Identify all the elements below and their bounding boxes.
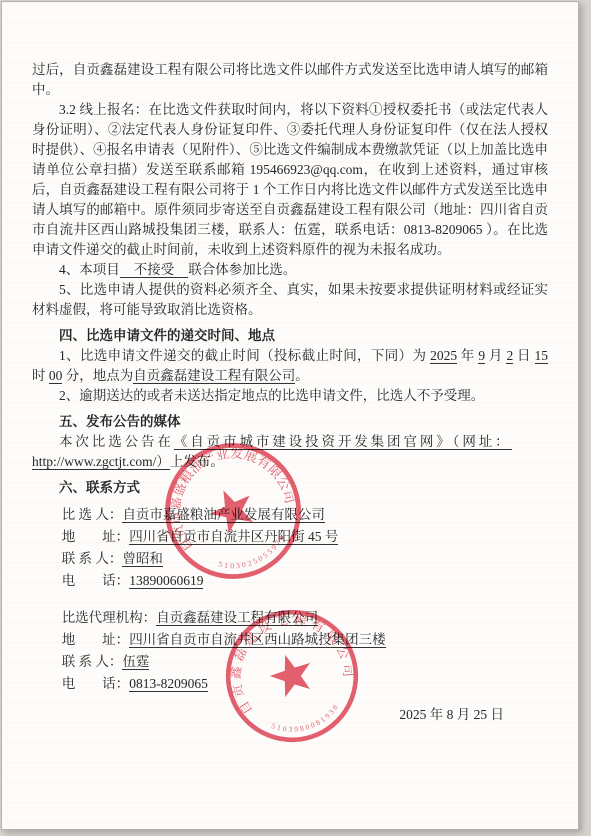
contact-value: 0813-8209065 — [129, 676, 208, 692]
media-site-name: 《自贡市城市建设投资开发集团官网》（网址： — [174, 434, 512, 450]
media-post: 上发布。 — [170, 454, 224, 469]
contact-row-address: 地 址：四川省自贡市自流井区西山路城投集团三楼 — [62, 629, 548, 651]
contact-row-bid-inviter: 比 选 人：自贡市嘉盛粮油产业发展有限公司 — [62, 504, 548, 526]
heading-section-4: 四、比选申请文件的递交时间、地点 — [32, 326, 548, 346]
media-pre: 本次比选公告在 — [59, 434, 174, 449]
contact-row-agency: 比选代理机构：自贡鑫磊建设工程有限公司 — [62, 607, 548, 629]
heading-section-5: 五、发布公告的媒体 — [32, 412, 548, 432]
contact-block-bid-inviter: 比 选 人：自贡市嘉盛粮油产业发展有限公司 地 址：四川省自贡市自流井区丹阳街 … — [62, 504, 548, 592]
contact-label: 电 话： — [62, 573, 130, 588]
deadline-minute: 00 — [49, 368, 63, 384]
no-consortium-pre: 4、本项目 — [59, 262, 120, 277]
deadline-place-lead: 分，地点为 — [62, 368, 133, 383]
deadline-year: 2025 — [430, 348, 457, 364]
contact-label: 比 选 人： — [62, 507, 123, 522]
paragraph-email-delivery: 过后，自贡鑫磊建设工程有限公司将比选文件以邮件方式发送至比选申请人填写的邮箱中。 — [32, 60, 548, 100]
document-page: 过后，自贡鑫磊建设工程有限公司将比选文件以邮件方式发送至比选申请人填写的邮箱中。… — [1, 1, 579, 830]
no-consortium-post: 联合体参加比选。 — [188, 262, 296, 277]
deadline-hour: 15 — [535, 348, 549, 364]
contact-row-address: 地 址：四川省自贡市自流井区丹阳街 45 号 — [62, 526, 548, 548]
contact-value: 自贡市嘉盛粮油产业发展有限公司 — [122, 507, 325, 523]
contact-value: 四川省自贡市自流井区西山路城投集团三楼 — [129, 632, 386, 648]
contact-label: 地 址： — [62, 632, 130, 647]
contact-row-person: 联 系 人：曾昭和 — [62, 548, 548, 570]
paragraph-online-registration: 3.2 线上报名：在比选文件获取时间内，将以下资料①授权委托书（或法定代表人身份… — [32, 100, 548, 260]
media-site-url: http://www.zgctjt.com/） — [32, 454, 170, 470]
contact-row-phone: 电 话：0813-8209065 — [62, 673, 548, 695]
document-date: 2025 年 8 月 25 日 — [32, 704, 548, 726]
deadline-hour-unit: 时 — [32, 368, 49, 383]
contact-label: 联 系 人： — [62, 551, 123, 566]
paragraph-no-consortium: 4、本项目不接受联合体参加比选。 — [32, 260, 548, 280]
contact-row-phone: 电 话：13890060619 — [62, 570, 548, 592]
document-body: 过后，自贡鑫磊建设工程有限公司将比选文件以邮件方式发送至比选申请人填写的邮箱中。… — [2, 2, 578, 726]
paragraph-submission-deadline: 1、比选申请文件递交的截止时间（投标截止时间，下同）为 2025 年 9 月 2… — [32, 346, 548, 386]
contact-block-agency: 比选代理机构：自贡鑫磊建设工程有限公司 地 址：四川省自贡市自流井区西山路城投集… — [62, 607, 548, 695]
paragraph-announcement-media: 本次比选公告在《自贡市城市建设投资开发集团官网》（网址：http://www.z… — [32, 432, 548, 472]
paragraph-materials-requirement: 5、比选申请人提供的资料必须齐全、真实，如果未按要求提供证明材料或经证实材料虚假… — [32, 280, 548, 320]
deadline-month-unit: 月 — [485, 348, 506, 363]
contact-value: 13890060619 — [129, 573, 203, 589]
contact-label: 地 址： — [62, 529, 130, 544]
deadline-place: 自贡鑫磊建设工程有限公司 — [133, 368, 295, 384]
paragraph-late-submission: 2、逾期送达的或者未送达指定地点的比选申请文件，比选人不予受理。 — [32, 386, 548, 406]
contact-label: 电 话： — [62, 676, 130, 691]
contact-label: 比选代理机构： — [62, 610, 157, 625]
deadline-text: 1、比选申请文件递交的截止时间（投标截止时间，下同）为 — [59, 348, 430, 363]
contact-value: 伍霆 — [122, 654, 149, 670]
contact-row-person: 联 系 人：伍霆 — [62, 651, 548, 673]
deadline-end: 。 — [295, 368, 309, 383]
contact-value: 四川省自贡市自流井区丹阳街 45 号 — [129, 529, 338, 545]
no-consortium-underlined-value: 不接受 — [120, 262, 189, 278]
media-line-2: http://www.zgctjt.com/）上发布。 — [32, 452, 548, 472]
deadline-day-unit: 日 — [513, 348, 534, 363]
contact-label: 联 系 人： — [62, 654, 123, 669]
contact-value: 曾昭和 — [122, 551, 163, 567]
contact-value: 自贡鑫磊建设工程有限公司 — [156, 610, 318, 626]
heading-section-6: 六、联系方式 — [32, 478, 548, 498]
deadline-year-unit: 年 — [457, 348, 478, 363]
media-line-1: 本次比选公告在《自贡市城市建设投资开发集团官网》（网址： — [32, 432, 548, 452]
